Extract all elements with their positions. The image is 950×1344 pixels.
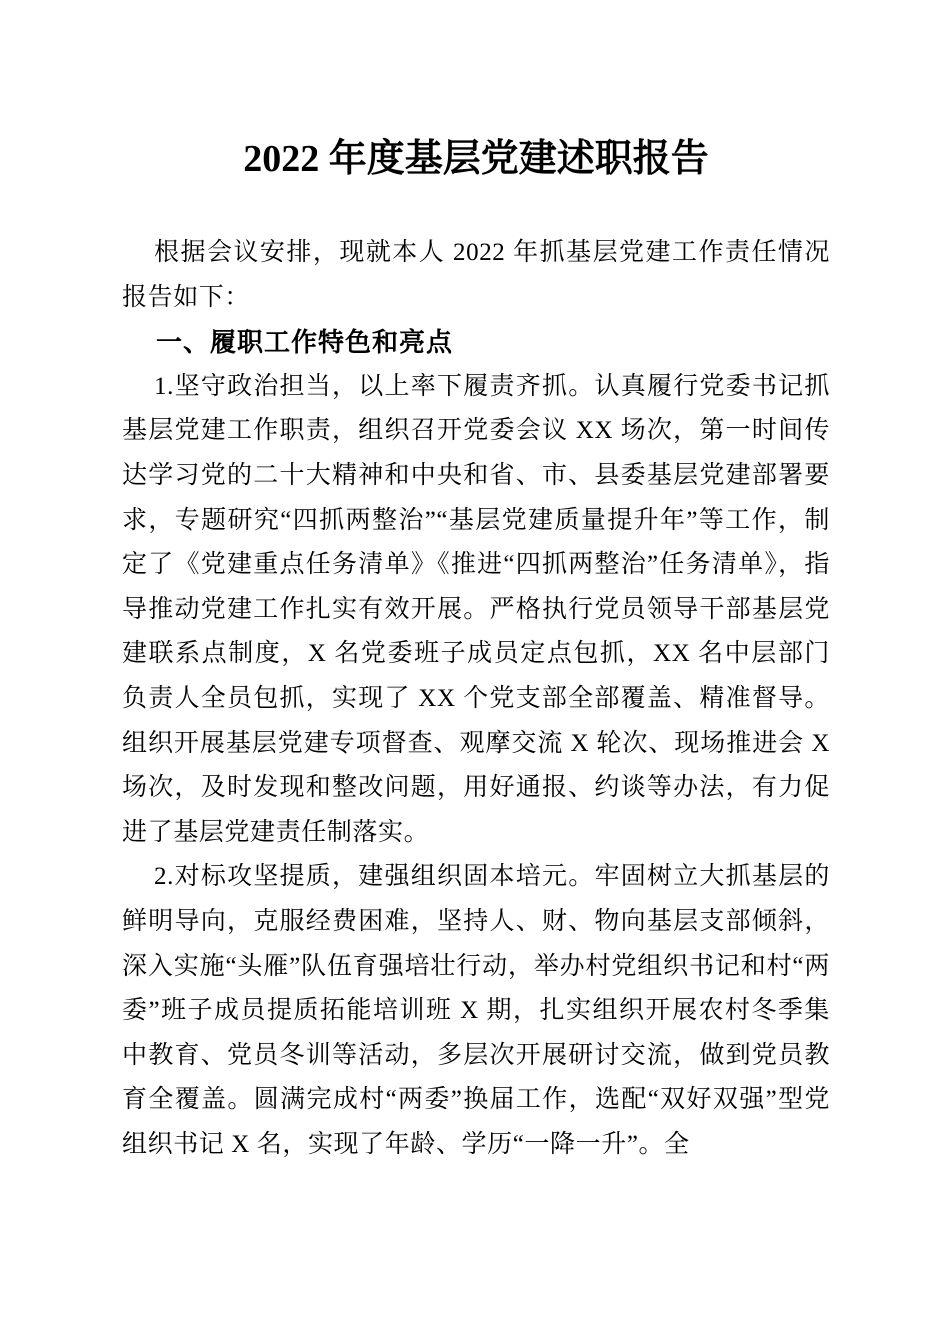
section-heading: 一、履职工作特色和亮点 bbox=[122, 320, 830, 365]
document-content: 2022 年度基层党建述职报告 根据会议安排，现就本人 2022 年抓基层党建工… bbox=[122, 131, 830, 1167]
body-paragraph-1: 1.坚守政治担当，以上率下履责齐抓。认真履行党委书记抓基层党建工作职责，组织召开… bbox=[122, 365, 830, 856]
body-paragraph-2: 2.对标攻坚提质，建强组织固本培元。牢固树立大抓基层的鲜明导向，克服经费困难，坚… bbox=[122, 855, 830, 1167]
document-title: 2022 年度基层党建述职报告 bbox=[122, 131, 830, 187]
document-page: 2022 年度基层党建述职报告 根据会议安排，现就本人 2022 年抓基层党建工… bbox=[0, 0, 950, 1344]
intro-paragraph: 根据会议安排，现就本人 2022 年抓基层党建工作责任情况报告如下： bbox=[122, 231, 830, 320]
